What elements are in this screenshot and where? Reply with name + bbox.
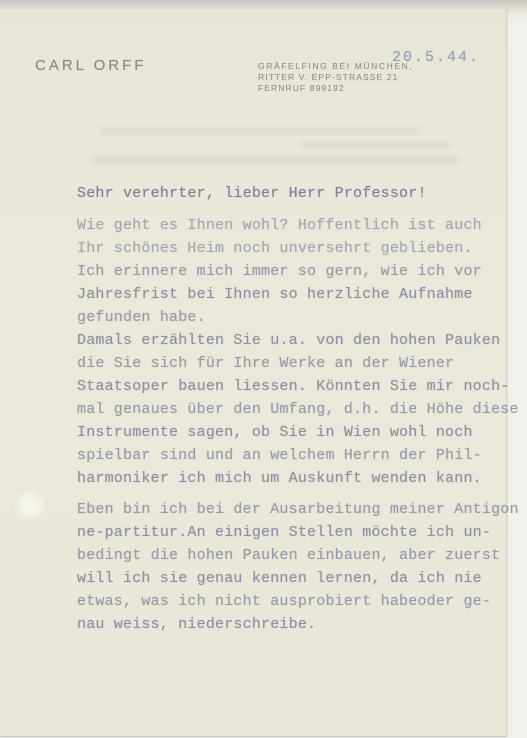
letter-date: 20.5.44. bbox=[392, 49, 480, 66]
letter-paper: CARL ORFF GRÄFELFING BEI MÜNCHEN, RITTER… bbox=[0, 9, 507, 737]
letter-line: gefunden habe. bbox=[77, 306, 519, 329]
scan-artifact bbox=[100, 127, 420, 134]
paragraph-2: Eben bin ich bei der Ausarbeitung meiner… bbox=[77, 498, 519, 636]
letter-line: spielbar sind und an welchem Herrn der P… bbox=[77, 444, 519, 467]
letter-line: Ich erinnere mich immer so gern, wie ich… bbox=[77, 260, 519, 283]
paragraph-1: Wie geht es Ihnen wohl? Hoffentlich ist … bbox=[77, 214, 519, 490]
letter-line: Wie geht es Ihnen wohl? Hoffentlich ist … bbox=[77, 214, 519, 237]
letter-line: Instrumente sagen, ob Sie in Wien wohl n… bbox=[77, 421, 519, 444]
letter-line: etwas, was ich nicht ausprobiert habeode… bbox=[77, 590, 519, 613]
letter-line: Jahresfrist bei Ihnen so herzliche Aufna… bbox=[77, 283, 519, 306]
letter-line: nau weiss, niederschreibe. bbox=[77, 613, 519, 636]
scan-artifact bbox=[300, 141, 450, 148]
letter-line: bedingt die hohen Pauken einbauen, aber … bbox=[77, 544, 519, 567]
address-phone: FERNRUF 899192 bbox=[258, 83, 413, 94]
salutation: Sehr verehrter, lieber Herr Professor! bbox=[77, 185, 427, 202]
sender-name: CARL ORFF bbox=[35, 57, 146, 74]
letterhead-address: GRÄFELFING BEI MÜNCHEN, RITTER V. EPP-ST… bbox=[258, 61, 413, 94]
letter-line: mal genaues über den Umfang, d.h. die Hö… bbox=[77, 398, 519, 421]
letter-line: will ich sie genau kennen lernen, da ich… bbox=[77, 567, 519, 590]
letter-line: harmoniker ich mich um Auskunft wenden k… bbox=[77, 467, 519, 490]
letter-line: Eben bin ich bei der Ausarbeitung meiner… bbox=[77, 498, 519, 521]
letter-line: die Sie sich für Ihre Werke an der Wiene… bbox=[77, 352, 519, 375]
address-street: RITTER V. EPP-STRASSE 21 bbox=[258, 72, 413, 83]
scanned-letter: CARL ORFF GRÄFELFING BEI MÜNCHEN, RITTER… bbox=[0, 0, 527, 738]
letter-line: Damals erzählten Sie u.a. von den hohen … bbox=[77, 329, 519, 352]
letter-line: Ihr schönes Heim noch unversehrt geblieb… bbox=[77, 237, 519, 260]
scan-artifact bbox=[90, 156, 460, 164]
letter-line: Staatsoper bauen liessen. Könnten Sie mi… bbox=[77, 375, 519, 398]
letter-line: ne-partitur.An einigen Stellen möchte ic… bbox=[77, 521, 519, 544]
address-city: GRÄFELFING BEI MÜNCHEN, bbox=[258, 61, 413, 72]
